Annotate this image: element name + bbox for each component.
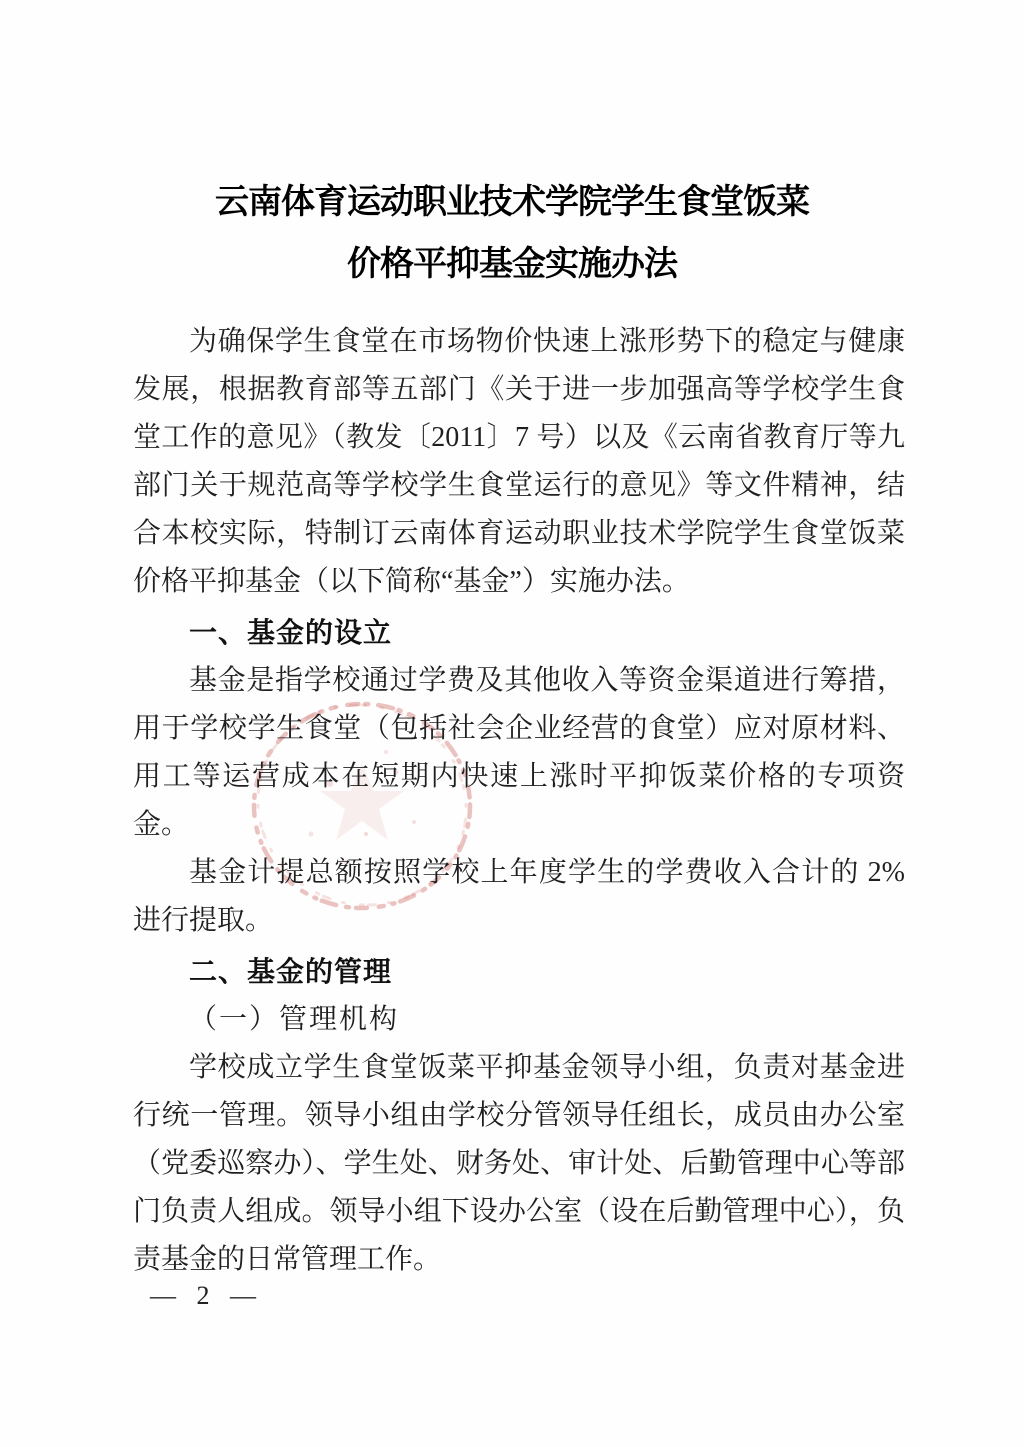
document-page: 云南体育运动职业技术学院学生食堂饭菜 价格平抑基金实施办法 为确保学生食堂在市场… bbox=[0, 0, 1024, 1447]
document-body: 为确保学生食堂在市场物价快速上涨形势下的稳定与健康发展，根据教育部等五部门《关于… bbox=[133, 318, 905, 1284]
management-paragraph: 学校成立学生食堂饭菜平抑基金领导小组，负责对基金进行统一管理。领导小组由学校分管… bbox=[133, 1044, 905, 1284]
section-1-heading: 一、基金的设立 bbox=[133, 609, 905, 657]
section-2-heading: 二、基金的管理 bbox=[133, 948, 905, 996]
document-title-line1: 云南体育运动职业技术学院学生食堂饭菜 bbox=[0, 172, 1024, 234]
fund-definition-paragraph: 基金是指学校通过学费及其他收入等资金渠道进行筹措，用于学校学生食堂（包括社会企业… bbox=[133, 657, 905, 849]
subsection-1-heading: （一）管理机构 bbox=[133, 996, 905, 1044]
fund-accrual-paragraph: 基金计提总额按照学校上年度学生的学费收入合计的 2%进行提取。 bbox=[133, 849, 905, 945]
document-title-line2: 价格平抑基金实施办法 bbox=[0, 234, 1024, 296]
page-number: — 2 — bbox=[150, 1281, 258, 1311]
intro-paragraph: 为确保学生食堂在市场物价快速上涨形势下的稳定与健康发展，根据教育部等五部门《关于… bbox=[133, 318, 905, 606]
document-title: 云南体育运动职业技术学院学生食堂饭菜 价格平抑基金实施办法 bbox=[0, 172, 1024, 296]
